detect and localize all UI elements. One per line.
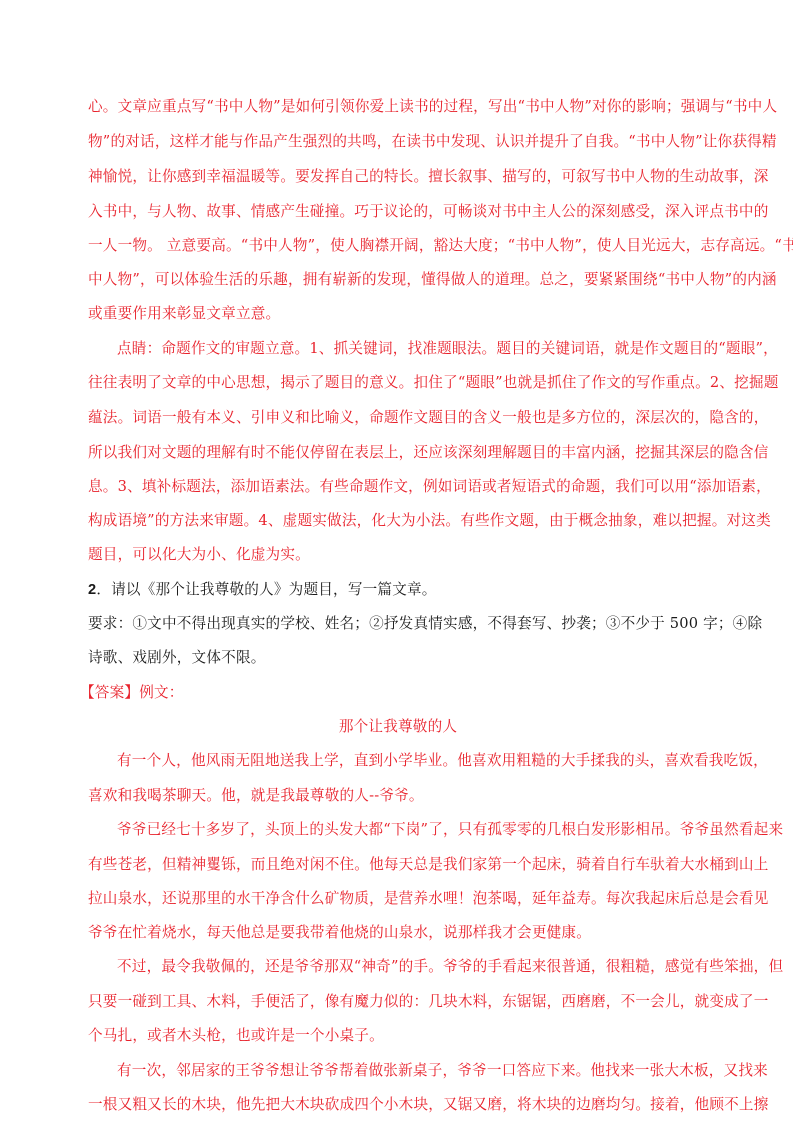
text-line: 拉山泉水，还说那里的水干净含什么矿物质，是营养水哩！泡茶喝，延年益寿。每次我起床…: [88, 889, 769, 909]
text-line: 蕴法。词语一般有本义、引申义和比喻义，命题作文题目的含义一般也是多方位的，深层次…: [88, 408, 769, 428]
essay-title: 那个让我尊敬的人: [88, 717, 708, 737]
text-line: 题目，可以化大为小、化虚为实。: [88, 545, 310, 565]
text-line: 有一个人，他风雨无阻地送我上学，直到小学毕业。他喜欢用粗糙的大手揉我的头，喜欢看…: [88, 751, 768, 771]
text-line: 息。3、填补标题法，添加语素法。有些命题作文，例如词语或者短语式的命题，我们可以…: [88, 477, 771, 497]
answer-header: 【答案】例文：: [80, 683, 184, 703]
text-line: 不过，最令我敬佩的，还是爷爷那双“神奇”的手。爷爷的手看起来很普通，很粗糙，感觉…: [88, 957, 783, 977]
text-line: 往往表明了文章的中心思想，揭示了题目的意义。扣住了“题眼”也就是抓住了作文的写作…: [88, 373, 779, 393]
text-line: 或重要作用来彰显文章立意。: [88, 304, 280, 324]
text-line: 喜欢和我喝茶聊天。他，就是我最尊敬的人--爷爷。: [88, 786, 424, 806]
text-line: 物”的对话，这样才能与作品产生强烈的共鸣，在读书中发现、认识并提升了自我。“书中…: [88, 132, 777, 152]
answer-tag: 【答案】: [80, 684, 139, 701]
text-line: 所以我们对文题的理解有时不能仅停留在表层上，还应该深刻理解题目的丰富内涵，挖掘其…: [88, 443, 769, 463]
text-line: 有一次，邻居家的王爷爷想让爷爷帮着做张新桌子，爷爷一口答应下来。他找来一张大木板…: [88, 1061, 768, 1081]
question-prompt: 2．请以《那个让我尊敬的人》为题目，写一篇文章。: [88, 580, 437, 600]
requirements-line: 诗歌、戏剧外，文体不限。: [88, 648, 266, 668]
text-line: 一根又粗又长的木块，他先把大木块砍成四个小木块，又锯又磨，将木块的边磨均匀。接着…: [88, 1095, 769, 1115]
text-line: 只要一碰到工具、木料，手便活了，像有魔力似的：几块木料，东锯锯，西磨磨，不一会儿…: [88, 992, 769, 1012]
text-line: 神愉悦，让你感到幸福温暖等。要发挥自己的特长。擅长叙事、描写的，可叙写书中人物的…: [88, 167, 769, 187]
text-line: 有些苍老，但精神矍铄，而且绝对闲不住。他每天总是我们家第一个起床，骑着自行车驮着…: [88, 855, 769, 875]
answer-label: 例文：: [139, 684, 183, 701]
question-text: ．请以《那个让我尊敬的人》为题目，写一篇文章。: [96, 581, 436, 598]
text-line: 构成语境”的方法来审题。4、虚题实做法，化大为小法。有些作文题，由于概念抽象，难…: [88, 511, 771, 531]
text-line: 入书中，与人物、故事、情感产生碰撞。巧于议论的，可畅谈对书中主人公的深刻感受，深…: [88, 202, 769, 222]
text-line: 一人一物。 立意要高。“书中人物”，使人胸襟开阔，豁达大度；“书中人物”，使人目…: [88, 236, 793, 256]
text-line: 爷爷已经七十多岁了，头顶上的头发大都“下岗”了，只有孤零零的几根白发形影相吊。爷…: [88, 820, 783, 840]
text-line: 爷爷在忙着烧水，每天他总是要我带着他烧的山泉水，说那样我才会更健康。: [88, 923, 591, 943]
text-line: 中人物”，可以体验生活的乐趣，拥有崭新的发现，懂得做人的道理。总之，要紧紧围绕“…: [88, 270, 777, 290]
requirements-line: 要求：①文中不得出现真实的学校、姓名；②抒发真情实感，不得套写、抄袭；③不少于 …: [88, 614, 762, 634]
text-line: 心。文章应重点写“书中人物”是如何引领你爱上读书的过程，写出“书中人物”对你的影…: [88, 97, 777, 117]
text-line: 点睛：命题作文的审题立意。1、抓关键词，找准题眼法。题目的关键词语，就是作文题目…: [88, 339, 778, 359]
text-line: 个马扎，或者木头枪，也或许是一个小桌子。: [88, 1026, 384, 1046]
